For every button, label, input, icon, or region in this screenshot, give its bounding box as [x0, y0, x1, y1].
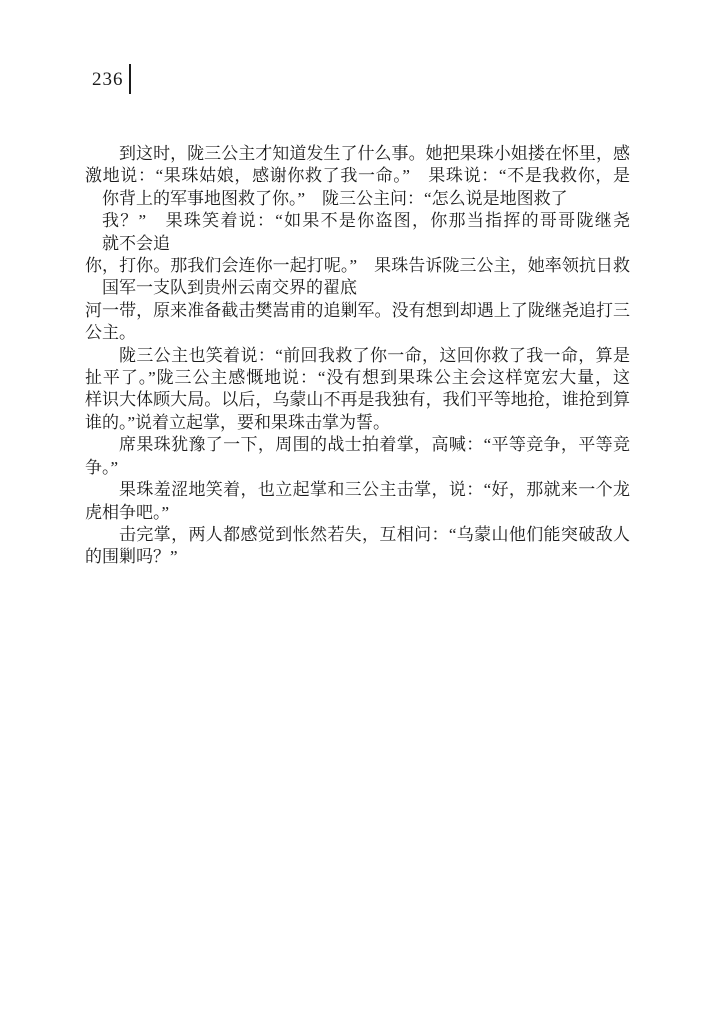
page-number: 236 [92, 70, 124, 89]
text-line: 就不会追 [85, 233, 630, 255]
text-block: 到这时，陇三公主才知道发生了什么事。她把果珠小姐搂在怀里，感 激地说：“果珠姑娘… [85, 143, 630, 569]
text-line: 到这时，陇三公主才知道发生了什么事。她把果珠小姐搂在怀里，感 [85, 143, 630, 165]
text-line: 国军一支队到贵州云南交界的翟底 [85, 277, 630, 299]
text-line: 谁的。”说着立起掌，要和果珠击掌为誓。 [85, 412, 630, 434]
text-line: 果珠羞涩地笑着，也立起掌和三公主击掌，说：“好，那就来一个龙 [85, 479, 630, 501]
text-line: 你背上的军事地图救了你。” 陇三公主问：“怎么说是地图救了 [85, 188, 630, 210]
text-line: 样识大体顾大局。以后，乌蒙山不再是我独有，我们平等地抢，谁抢到算 [85, 389, 630, 411]
page-number-divider [129, 64, 131, 94]
text-line: 你，打你。那我们会连你一起打呢。” 果珠告诉陇三公主，她率领抗日救 [85, 255, 630, 277]
text-line: 争。” [85, 457, 630, 479]
text-line: 激地说：“果珠姑娘，感谢你救了我一命。” 果珠说：“不是我救你，是 [85, 165, 630, 187]
text-line: 我？” 果珠笑着说：“如果不是你盗图，你那当指挥的哥哥陇继尧 [85, 210, 630, 232]
text-line: 河一带，原来准备截击樊嵩甫的追剿军。没有想到却遇上了陇继尧追打三 [85, 300, 630, 322]
text-line: 的围剿吗？” [85, 546, 630, 568]
text-line: 席果珠犹豫了一下，周围的战士拍着掌，高喊：“平等竞争，平等竞 [85, 434, 630, 456]
text-line: 击完掌，两人都感觉到怅然若失，互相问：“乌蒙山他们能突破敌人 [85, 524, 630, 546]
book-page: 236 到这时，陇三公主才知道发生了什么事。她把果珠小姐搂在怀里，感 激地说：“… [0, 0, 715, 1010]
text-line: 虎相争吧。” [85, 502, 630, 524]
text-line: 扯平了。”陇三公主感慨地说：“没有想到果珠公主会这样宽宏大量，这 [85, 367, 630, 389]
text-line: 陇三公主也笑着说：“前回我救了你一命，这回你救了我一命，算是 [85, 345, 630, 367]
text-line: 公主。 [85, 322, 630, 344]
